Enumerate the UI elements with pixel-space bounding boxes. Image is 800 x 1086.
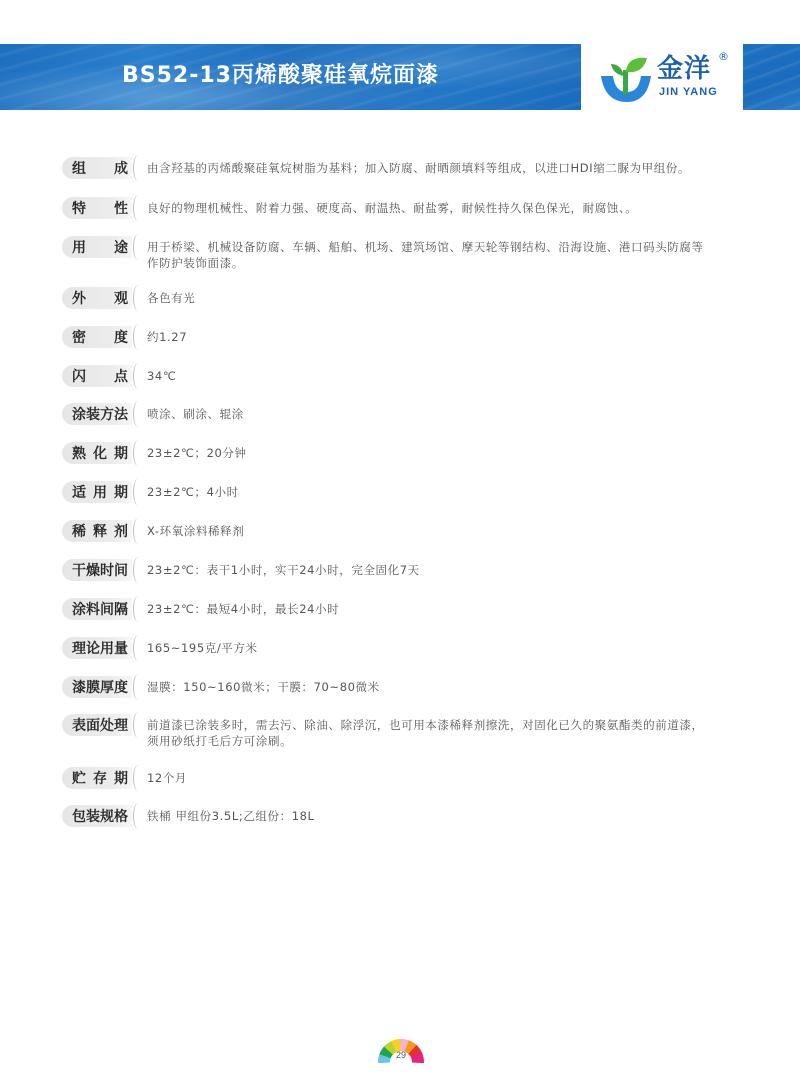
spec-label-char: 熟: [72, 443, 86, 463]
spec-row: 干燥时间23±2℃：表干1小时，实干24小时，完全固化7天: [62, 559, 747, 583]
spec-label-char: 膜: [86, 677, 100, 697]
spec-value: 良好的物理机械性、附着力强、硬度高、耐温热、耐盐雾，耐候性持久保色保光，耐腐蚀、…: [147, 197, 747, 216]
spec-value: 12个月: [147, 767, 747, 786]
spec-label-char: 用: [72, 237, 86, 257]
spec-label: 闪点: [62, 365, 132, 387]
page-number-badge: 29: [377, 1037, 425, 1063]
spec-label-char: 闪: [72, 366, 86, 386]
spec-value-line: 23±2℃：最短4小时，最长24小时: [147, 601, 747, 617]
spec-value-line: 165~195克/平方米: [147, 640, 747, 656]
bracket-arc-divider: [133, 234, 143, 260]
spec-label-char: 涂: [72, 404, 86, 424]
spec-label: 适用期: [62, 481, 132, 503]
spec-value-line: 作防护装饰面漆。: [147, 255, 747, 271]
spec-row: 用途用于桥梁、机械设备防腐、车辆、船舶、机场、建筑场馆、摩天轮等钢结构、沿海设施…: [62, 236, 747, 271]
spec-label: 表面处理: [62, 714, 132, 736]
spec-value-line: 喷涂、刷涂、辊涂: [147, 406, 747, 422]
spec-value: 各色有光: [147, 287, 747, 306]
logo-name-en: JIN YANG: [659, 86, 718, 98]
spec-value-line: 良好的物理机械性、附着力强、硬度高、耐温热、耐盐雾，耐候性持久保色保光，耐腐蚀、…: [147, 200, 747, 216]
spec-label-char: 规: [100, 806, 114, 826]
spec-label-char: 贮: [72, 768, 86, 788]
bracket-arc-divider: [133, 803, 143, 829]
spec-label-char: 包: [72, 806, 86, 826]
spec-label-char: 漆: [72, 677, 86, 697]
spec-label-char: 时: [100, 560, 114, 580]
spec-label-char: 期: [114, 482, 128, 502]
spec-value: 23±2℃：表干1小时，实干24小时，完全固化7天: [147, 559, 747, 578]
spec-label-char: 厚: [100, 677, 114, 697]
spec-label: 外观: [62, 287, 132, 309]
title-banner: BS52-13丙烯酸聚硅氧烷面漆: [0, 44, 581, 110]
spec-label-char: 度: [114, 327, 128, 347]
spec-label: 涂料间隔: [62, 598, 132, 620]
spec-label-char: 理: [114, 715, 128, 735]
spec-label-char: 稀: [72, 521, 86, 541]
spec-label-char: 特: [72, 198, 86, 218]
bracket-arc-divider: [133, 557, 143, 583]
bracket-arc-divider: [133, 195, 143, 221]
spec-label-char: 外: [72, 288, 86, 308]
spec-label-char: 间: [100, 599, 114, 619]
spec-label-char: 期: [114, 768, 128, 788]
spec-label: 特性: [62, 197, 132, 219]
spec-label-char: 格: [114, 806, 128, 826]
spec-label-char: 存: [93, 768, 107, 788]
bracket-arc-divider: [133, 712, 143, 738]
bracket-arc-divider: [133, 635, 143, 661]
spec-label: 干燥时间: [62, 559, 132, 581]
spec-value-line: 用于桥梁、机械设备防腐、车辆、船舶、机场、建筑场馆、摩天轮等钢结构、沿海设施、港…: [147, 239, 747, 255]
spec-label: 贮存期: [62, 767, 132, 789]
spec-row: 外观各色有光: [62, 287, 747, 311]
spec-value: 165~195克/平方米: [147, 637, 747, 656]
bracket-arc-divider: [133, 285, 143, 311]
spec-value: 铁桶 甲组份3.5L;乙组份：18L: [147, 805, 747, 824]
spec-value: 34℃: [147, 365, 747, 384]
spec-label-char: 点: [114, 366, 128, 386]
spec-row: 闪点34℃: [62, 365, 747, 389]
spec-row: 特性良好的物理机械性、附着力强、硬度高、耐温热、耐盐雾，耐候性持久保色保光，耐腐…: [62, 197, 747, 221]
spec-label-char: 干: [72, 560, 86, 580]
spec-value-line: 各色有光: [147, 290, 747, 306]
spec-value-line: 铁桶 甲组份3.5L;乙组份：18L: [147, 808, 747, 824]
spec-label: 涂装方法: [62, 403, 132, 425]
spec-row: 理论用量165~195克/平方米: [62, 637, 747, 661]
spec-label-char: 法: [114, 404, 128, 424]
spec-label-char: 燥: [86, 560, 100, 580]
bracket-arc-divider: [133, 479, 143, 505]
sprout-leaf-logo-icon: [597, 52, 653, 104]
spec-value: 用于桥梁、机械设备防腐、车辆、船舶、机场、建筑场馆、摩天轮等钢结构、沿海设施、港…: [147, 236, 747, 271]
spec-label-char: 度: [114, 677, 128, 697]
spec-label-char: 适: [72, 482, 86, 502]
spec-label-char: 成: [114, 158, 128, 178]
spec-label-char: 隔: [114, 599, 128, 619]
spec-label-char: 处: [100, 715, 114, 735]
spec-label-char: 料: [86, 599, 100, 619]
spec-label: 组成: [62, 157, 132, 179]
spec-row: 贮存期12个月: [62, 767, 747, 791]
page-number: 29: [377, 1050, 425, 1060]
spec-label: 理论用量: [62, 637, 132, 659]
spec-row: 密度约1.27: [62, 326, 747, 350]
spec-label-char: 用: [100, 638, 114, 658]
registered-mark: ®: [718, 50, 729, 63]
spec-value-line: 湿膜：150~160微米；干膜：70~80微米: [147, 679, 747, 695]
spec-label: 熟化期: [62, 442, 132, 464]
brand-logo: 金洋 ® JIN YANG: [581, 44, 743, 110]
spec-label-char: 观: [114, 288, 128, 308]
page-title: BS52-13丙烯酸聚硅氧烷面漆: [122, 58, 439, 94]
spec-value-line: 前道漆已涂装多时，需去污、除油、除浮沉，也可用本漆稀释剂擦洗，对固化已久的聚氨酯…: [147, 717, 747, 733]
bracket-arc-divider: [133, 401, 143, 427]
bracket-arc-divider: [133, 518, 143, 544]
bracket-arc-divider: [133, 324, 143, 350]
bracket-arc-divider: [133, 363, 143, 389]
spec-row: 熟化期23±2℃；20分钟: [62, 442, 747, 466]
logo-name-cn: 金洋: [657, 54, 711, 84]
spec-label: 稀释剂: [62, 520, 132, 542]
spec-label: 包装规格: [62, 805, 132, 827]
bracket-arc-divider: [133, 674, 143, 700]
spec-label-char: 装: [86, 806, 100, 826]
spec-row: 涂装方法喷涂、刷涂、辊涂: [62, 403, 747, 427]
spec-label-char: 化: [93, 443, 107, 463]
spec-value: 湿膜：150~160微米；干膜：70~80微米: [147, 676, 747, 695]
spec-label-char: 涂: [72, 599, 86, 619]
spec-label-char: 间: [114, 560, 128, 580]
spec-row: 组成由含羟基的丙烯酸聚硅氧烷树脂为基料；加入防腐、耐晒颜填料等组成，以进口HDI…: [62, 157, 747, 181]
bracket-arc-divider: [133, 596, 143, 622]
spec-value: 23±2℃：最短4小时，最长24小时: [147, 598, 747, 617]
spec-row: 包装规格铁桶 甲组份3.5L;乙组份：18L: [62, 805, 747, 829]
spec-value: 喷涂、刷涂、辊涂: [147, 403, 747, 422]
spec-label-char: 理: [72, 638, 86, 658]
spec-label-char: 密: [72, 327, 86, 347]
spec-row: 表面处理前道漆已涂装多时，需去污、除油、除浮沉，也可用本漆稀释剂擦洗，对固化已久…: [62, 714, 747, 749]
spec-value-line: 约1.27: [147, 329, 747, 345]
spec-label-char: 量: [114, 638, 128, 658]
spec-label-char: 途: [114, 237, 128, 257]
spec-value-line: 23±2℃；4小时: [147, 484, 747, 500]
spec-value: 前道漆已涂装多时，需去污、除油、除浮沉，也可用本漆稀释剂擦洗，对固化已久的聚氨酯…: [147, 714, 747, 749]
spec-value: 由含羟基的丙烯酸聚硅氧烷树脂为基料；加入防腐、耐晒颜填料等组成，以进口HDI缩二…: [147, 157, 747, 176]
spec-value: X-环氧涂料稀释剂: [147, 520, 747, 539]
spec-label-char: 性: [114, 198, 128, 218]
spec-label-char: 剂: [114, 521, 128, 541]
bracket-arc-divider: [133, 765, 143, 791]
spec-label-char: 论: [86, 638, 100, 658]
spec-label-char: 表: [72, 715, 86, 735]
spec-value-line: 23±2℃；20分钟: [147, 445, 747, 461]
spec-value-line: 由含羟基的丙烯酸聚硅氧烷树脂为基料；加入防腐、耐晒颜填料等组成，以进口HDI缩二…: [147, 160, 747, 176]
spec-value: 23±2℃；20分钟: [147, 442, 747, 461]
spec-label-char: 组: [72, 158, 86, 178]
spec-label: 漆膜厚度: [62, 676, 132, 698]
spec-value-line: 须用砂纸打毛后方可涂刷。: [147, 733, 747, 749]
spec-label-char: 面: [86, 715, 100, 735]
spec-value-line: 34℃: [147, 368, 747, 384]
spec-value: 23±2℃；4小时: [147, 481, 747, 500]
spec-value-line: 23±2℃：表干1小时，实干24小时，完全固化7天: [147, 562, 747, 578]
spec-row: 漆膜厚度湿膜：150~160微米；干膜：70~80微米: [62, 676, 747, 700]
spec-label-char: 用: [93, 482, 107, 502]
spec-label: 密度: [62, 326, 132, 348]
spec-label-char: 装: [86, 404, 100, 424]
spec-value-line: X-环氧涂料稀释剂: [147, 523, 747, 539]
spec-label-char: 释: [93, 521, 107, 541]
spec-row: 涂料间隔23±2℃：最短4小时，最长24小时: [62, 598, 747, 622]
spec-row: 适用期23±2℃；4小时: [62, 481, 747, 505]
spec-value-line: 12个月: [147, 770, 747, 786]
bracket-arc-divider: [133, 440, 143, 466]
spec-label-char: 方: [100, 404, 114, 424]
spec-label-char: 期: [114, 443, 128, 463]
banner-accent-block: [743, 44, 800, 110]
spec-value: 约1.27: [147, 326, 747, 345]
bracket-arc-divider: [133, 155, 143, 181]
spec-label: 用途: [62, 236, 132, 258]
spec-row: 稀释剂X-环氧涂料稀释剂: [62, 520, 747, 544]
